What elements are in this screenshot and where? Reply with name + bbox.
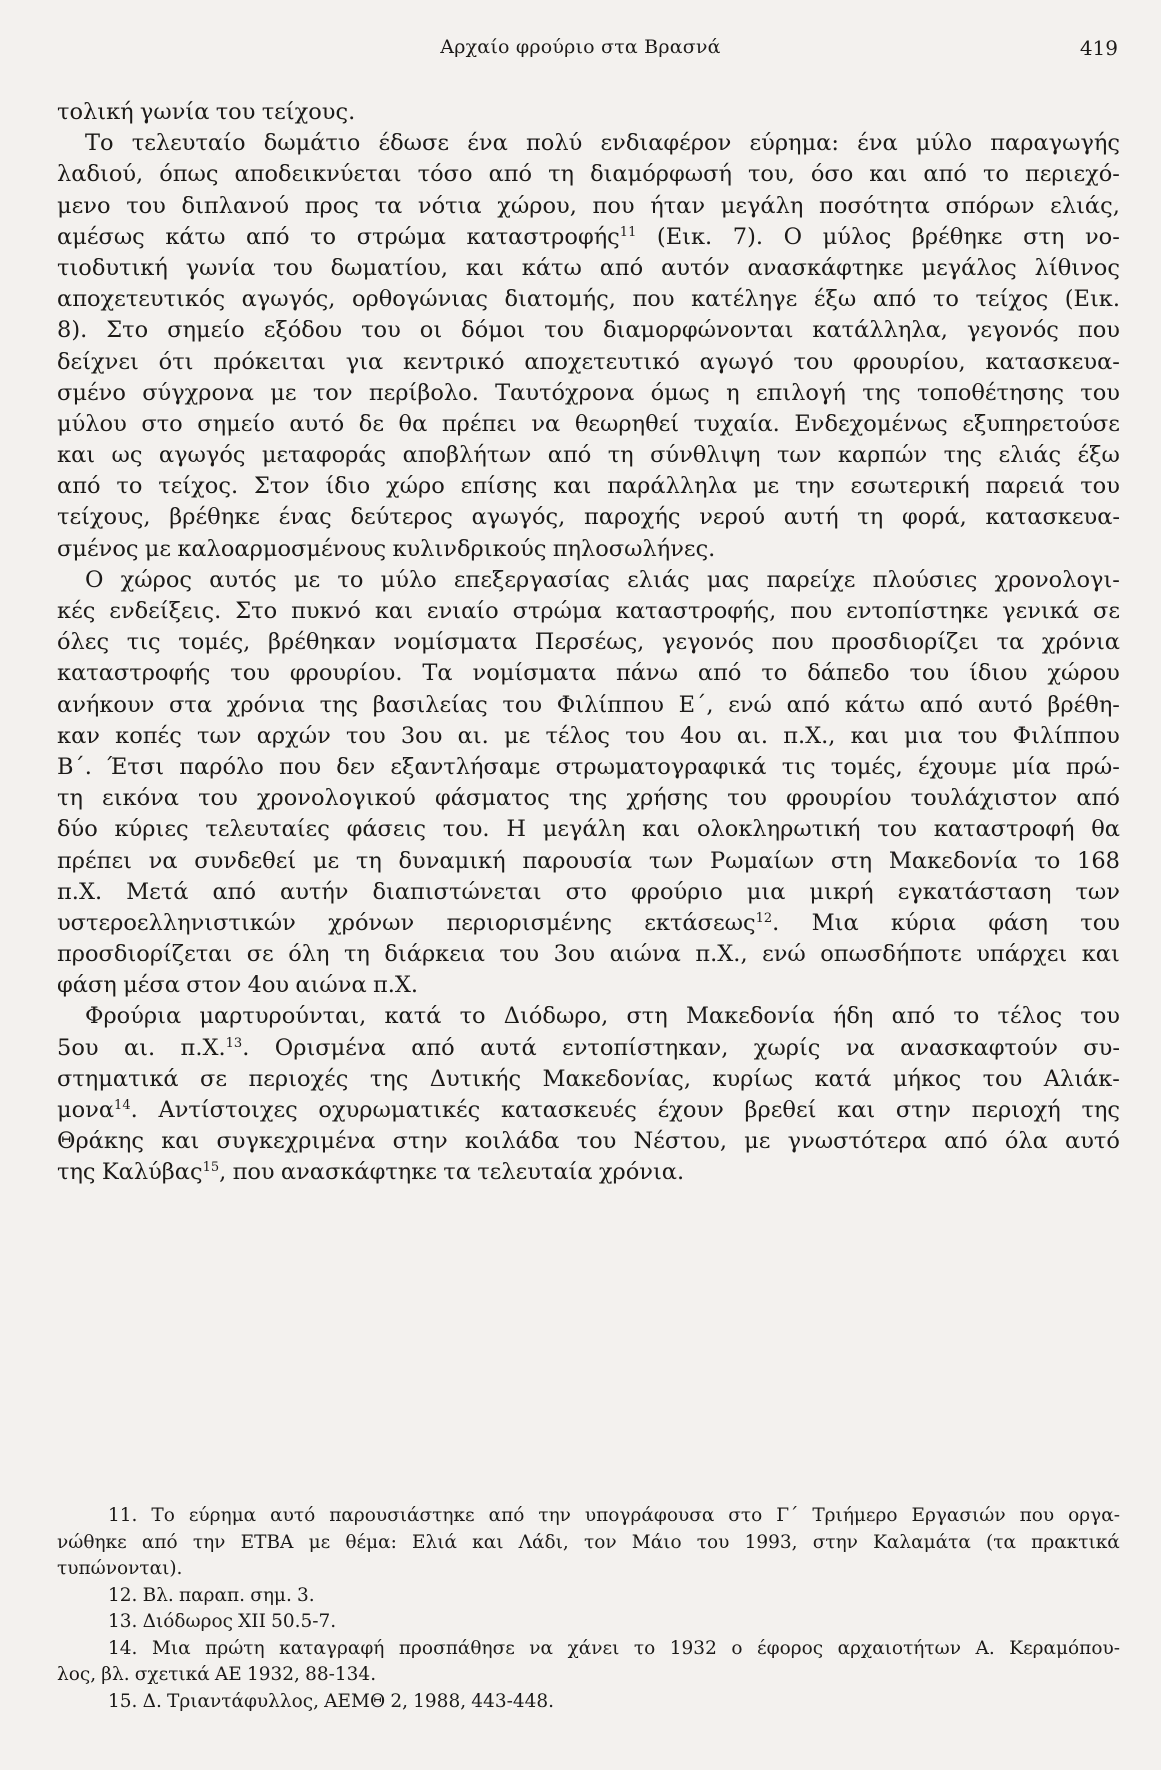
text-line: μενοτουδιπλανούπροςτανότιαχώρου,πουήτανμ… bbox=[57, 191, 1120, 222]
page-number: 419 bbox=[1080, 36, 1118, 60]
text-line: καιωςαγωγόςμεταφοράςαποβλήτωναπότησύνθλι… bbox=[57, 440, 1120, 471]
text-line: 5ουαι.π.Χ.13.Ορισμένααπόαυτάεντοπίστηκαν… bbox=[57, 1033, 1120, 1064]
footnotes: 11.Τοεύρημααυτόπαρουσιάστηκεαπότηνυπογρά… bbox=[57, 1503, 1120, 1715]
text-line: κέςενδείξεις.Στοπυκνόκαιενιαίοστρώμακατα… bbox=[57, 596, 1120, 627]
text-line: ΘράκηςκαισυγκεχριμέναστηνκοιλάδατουΝέστο… bbox=[57, 1126, 1120, 1157]
text-line: λαδιού,όπωςαποδεικνύεταιτόσοαπότηδιαμόρφ… bbox=[57, 159, 1120, 190]
footnote-line: λος,βλ.σχετικάΑΕ1932,88-134. bbox=[57, 1662, 1120, 1689]
text-line: Οχώροςαυτόςμετομύλοεπεξεργασίαςελιάςμαςπ… bbox=[57, 565, 1120, 596]
text-line: απότοτείχος.Στονίδιοχώροεπίσηςκαιπαράλλη… bbox=[57, 471, 1120, 502]
text-line: π.Χ.Μετάαπόαυτήνδιαπιστώνεταιστοφρούριομ… bbox=[57, 877, 1120, 908]
text-line: Τοτελευταίοδωμάτιοέδωσεέναπολύενδιαφέρον… bbox=[57, 128, 1120, 159]
text-line: αποχετευτικόςαγωγός,ορθογώνιαςδιατομής,π… bbox=[57, 284, 1120, 315]
body-text: τολικήγωνίατουτείχους.Τοτελευταίοδωμάτιο… bbox=[57, 97, 1120, 1189]
footnote-line: νώθηκεαπότηνΕΤΒΑμεθέμα:ΕλιάκαιΛάδι,τονΜά… bbox=[57, 1530, 1120, 1557]
text-line: τιοδυτικήγωνίατουδωματίου,καικάτωαπόαυτό… bbox=[57, 253, 1120, 284]
text-line: στηματικάσεπεριοχέςτηςΔυτικήςΜακεδονίας,… bbox=[57, 1064, 1120, 1095]
footnote-ref[interactable]: 12 bbox=[756, 911, 773, 926]
text-line: δύοκύριεςτελευταίεςφάσειςτου.Ημεγάληκαιο… bbox=[57, 814, 1120, 845]
footnote-line: 11.Τοεύρημααυτόπαρουσιάστηκεαπότηνυπογρά… bbox=[57, 1503, 1120, 1530]
text-line: φάσημέσαστον4ουαιώναπ.Χ. bbox=[57, 970, 1120, 1001]
text-line: τολικήγωνίατουτείχους. bbox=[57, 97, 1120, 128]
text-line: Β΄.Έτσιπαρόλοπουδενεξαντλήσαμεστρωματογρ… bbox=[57, 752, 1120, 783]
running-title: Αρχαίο φρούριο στα Βρασνά bbox=[0, 36, 1161, 58]
text-line: τείχους,βρέθηκεέναςδεύτεροςαγωγός,παροχή… bbox=[57, 502, 1120, 533]
text-line: τηεικόνατουχρονολογικούφάσματοςτηςχρήσης… bbox=[57, 783, 1120, 814]
footnote-ref[interactable]: 14 bbox=[114, 1098, 131, 1113]
text-line: ανήκουνσταχρόνιατηςβασιλείαςτουΦιλίππουΕ… bbox=[57, 690, 1120, 721]
footnote-line: 14.Μιαπρώτηκαταγραφήπροσπάθησεναχάνειτο1… bbox=[57, 1636, 1120, 1663]
text-line: τηςΚαλύβας15,πουανασκάφτηκετατελευταίαχρ… bbox=[57, 1157, 1120, 1188]
text-line: Φρούριαμαρτυρούνται,κατάτοΔιόδωρο,στηΜακ… bbox=[57, 1001, 1120, 1032]
text-line: δείχνειότιπρόκειταιγιακεντρικόαποχετευτι… bbox=[57, 347, 1120, 378]
text-line: όλεςτιςτομές,βρέθηκαννομίσματαΠερσέως,γε… bbox=[57, 627, 1120, 658]
text-line: σμένοσύγχροναμετονπερίβολο.Ταυτόχροναόμω… bbox=[57, 378, 1120, 409]
text-line: καταστροφήςτουφρουρίου.Τανομίσματαπάνωαπ… bbox=[57, 658, 1120, 689]
footnote-line: 12.Βλ.παραπ.σημ.3. bbox=[57, 1583, 1120, 1610]
footnote-ref[interactable]: 13 bbox=[226, 1036, 243, 1051]
text-line: κανκοπέςτωναρχώντου3ουαι.μετέλοςτου4ουαι… bbox=[57, 721, 1120, 752]
text-line: μονα14.Αντίστοιχεςοχυρωματικέςκατασκευές… bbox=[57, 1095, 1120, 1126]
footnote-ref[interactable]: 15 bbox=[203, 1160, 220, 1175]
text-line: 8).Στοσημείοεξόδουτουοιδόμοιτουδιαμορφών… bbox=[57, 315, 1120, 346]
text-line: προσδιορίζεταισεόλητηδιάρκειατου3ουαιώνα… bbox=[57, 939, 1120, 970]
footnote-line: 15.Δ.Τριαντάφυλλος,ΑΕΜΘ2,1988,443-448. bbox=[57, 1689, 1120, 1716]
text-line: υστεροελληνιστικώνχρόνωνπεριορισμένηςεκτ… bbox=[57, 908, 1120, 939]
text-line: σμένοςμεκαλοαρμοσμένουςκυλινδρικούςπηλοσ… bbox=[57, 534, 1120, 565]
footnote-line: τυπώνονται). bbox=[57, 1556, 1120, 1583]
footnote-line: 13.ΔιόδωροςXII50.5-7. bbox=[57, 1609, 1120, 1636]
text-line: μύλουστοσημείοαυτόδεθαπρέπειναθεωρηθείτυ… bbox=[57, 409, 1120, 440]
text-line: πρέπεινασυνδεθείμετηδυναμικήπαρουσίατωνΡ… bbox=[57, 846, 1120, 877]
footnote-ref[interactable]: 11 bbox=[620, 225, 637, 240]
text-line: αμέσωςκάτωαπότοστρώμακαταστροφής11(Εικ.7… bbox=[57, 222, 1120, 253]
